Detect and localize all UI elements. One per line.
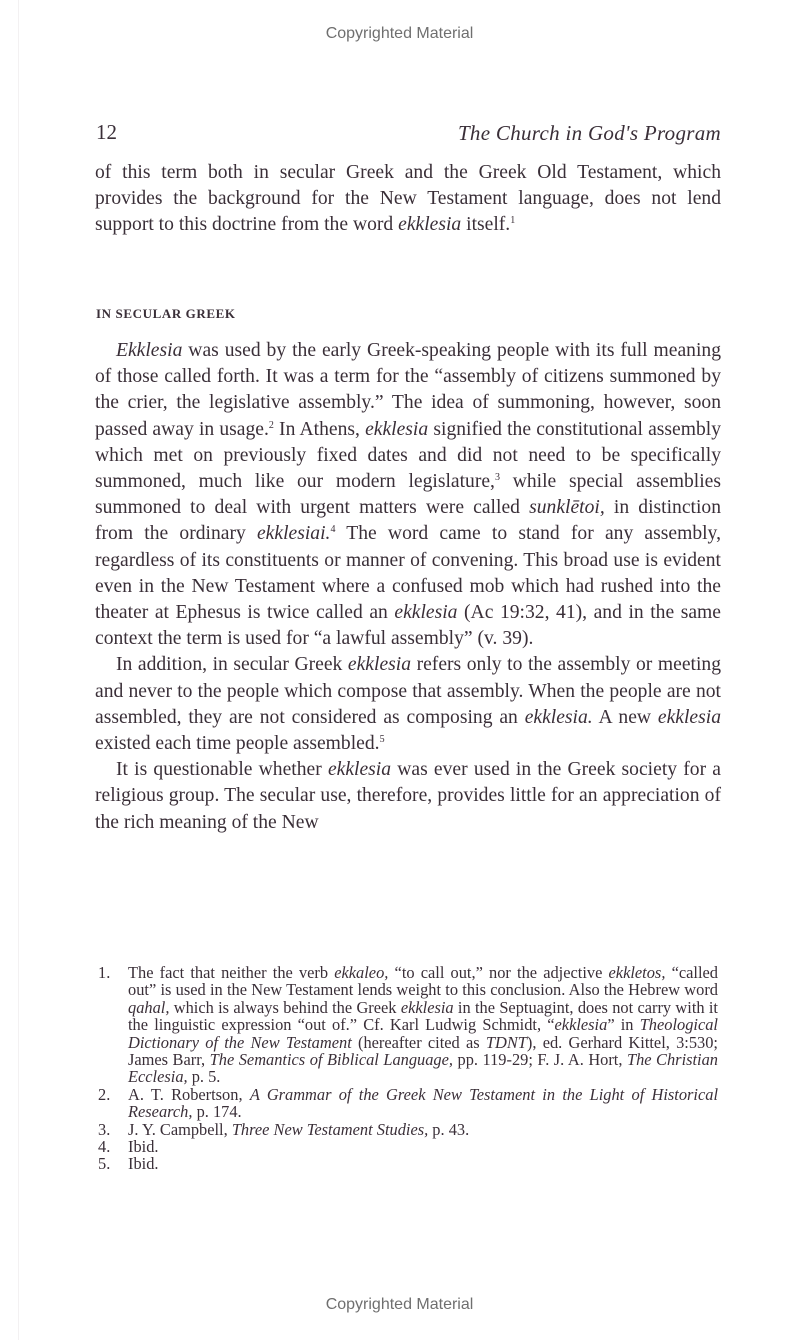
text-run: J. Y. Campbell, <box>128 1120 232 1139</box>
running-head: 12 The Church in God's Program <box>96 120 721 150</box>
italic-term: Ekklesia <box>116 340 182 361</box>
text-run: The fact that neither the verb <box>128 963 334 982</box>
footnote-number: 5. <box>98 1155 128 1172</box>
footnotes: 1. The fact that neither the verb ekkale… <box>98 964 718 1173</box>
running-title: The Church in God's Program <box>458 121 721 146</box>
paragraph: Ekklesia was used by the early Greek-spe… <box>95 338 721 652</box>
text-run: In addition, in secular Greek <box>116 654 348 675</box>
page-edge <box>18 0 19 1340</box>
italic-term: sunklētoi, <box>529 497 605 518</box>
italic-term: ekklesia <box>348 654 411 675</box>
italic-term: ekkaleo, <box>334 963 388 982</box>
text-run: It is questionable whether <box>116 759 328 780</box>
footnote-number: 4. <box>98 1138 128 1155</box>
footnote-ref[interactable]: 1 <box>510 215 515 226</box>
footnote-text: Ibid. <box>128 1138 718 1155</box>
text-run: Ibid. <box>128 1154 159 1173</box>
italic-term: Three New Testament Studies, <box>232 1120 428 1139</box>
paragraph: In addition, in secular Greek ekklesia r… <box>95 652 721 757</box>
italic-term: ekklesia <box>658 707 721 728</box>
copyright-watermark-bottom: Copyrighted Material <box>0 1296 799 1314</box>
italic-term: ekklesia <box>401 998 454 1017</box>
italic-term: ekklesia. <box>525 707 593 728</box>
text-run: In Athens, <box>274 419 365 440</box>
italic-term: qahal, <box>128 998 169 1017</box>
footnote-text: The fact that neither the verb ekkaleo, … <box>128 964 718 1086</box>
text-run: (hereafter cited as <box>352 1033 486 1052</box>
copyright-watermark-top: Copyrighted Material <box>0 25 799 43</box>
footnote-item: 4. Ibid. <box>98 1138 718 1155</box>
text-run: ” in <box>607 1015 639 1034</box>
section-body: Ekklesia was used by the early Greek-spe… <box>95 338 721 836</box>
text-run: p. 5. <box>188 1067 221 1086</box>
footnote-number: 1. <box>98 964 128 1086</box>
paragraph: It is questionable whether ekklesia was … <box>95 757 721 836</box>
text-run: which is always behind the Greek <box>169 998 400 1017</box>
footnote-item: 1. The fact that neither the verb ekkale… <box>98 964 718 1086</box>
footnote-text: A. T. Robertson, A Grammar of the Greek … <box>128 1086 718 1121</box>
italic-term: ekklesia <box>365 419 428 440</box>
italic-term: The Semantics of Biblical Language, <box>210 1050 453 1069</box>
text-run: A new <box>593 707 658 728</box>
text-run: Ibid. <box>128 1137 159 1156</box>
italic-term: ekkletos, <box>609 963 666 982</box>
italic-term: ekklesia <box>394 602 457 623</box>
footnote-text: J. Y. Campbell, Three New Testament Stud… <box>128 1121 718 1138</box>
footnote-item: 2. A. T. Robertson, A Grammar of the Gre… <box>98 1086 718 1121</box>
continued-paragraph: of this term both in secular Greek and t… <box>95 160 721 239</box>
footnote-number: 3. <box>98 1121 128 1138</box>
italic-term: ekklesia <box>555 1015 608 1034</box>
italic-term: TDNT <box>486 1033 527 1052</box>
paragraph-text: itself. <box>461 214 510 235</box>
text-run: “to call out,” nor the adjective <box>388 963 608 982</box>
text-run: p. 174. <box>192 1102 241 1121</box>
italic-term: ekklesiai. <box>257 523 330 544</box>
page-number: 12 <box>96 120 117 145</box>
text-run: A. T. Robertson, <box>128 1085 250 1104</box>
text-run: p. 43. <box>428 1120 469 1139</box>
footnote-number: 2. <box>98 1086 128 1121</box>
section-heading: IN SECULAR GREEK <box>96 306 236 322</box>
text-run: existed each time people assembled. <box>95 733 380 754</box>
text-run: pp. 119-29; F. J. A. Hort, <box>453 1050 627 1069</box>
italic-term: ekklesia <box>328 759 391 780</box>
footnote-item: 3. J. Y. Campbell, Three New Testament S… <box>98 1121 718 1138</box>
footnote-item: 5. Ibid. <box>98 1155 718 1172</box>
italic-term: ekklesia <box>398 214 461 235</box>
footnote-ref[interactable]: 5 <box>380 734 385 745</box>
footnote-text: Ibid. <box>128 1155 718 1172</box>
